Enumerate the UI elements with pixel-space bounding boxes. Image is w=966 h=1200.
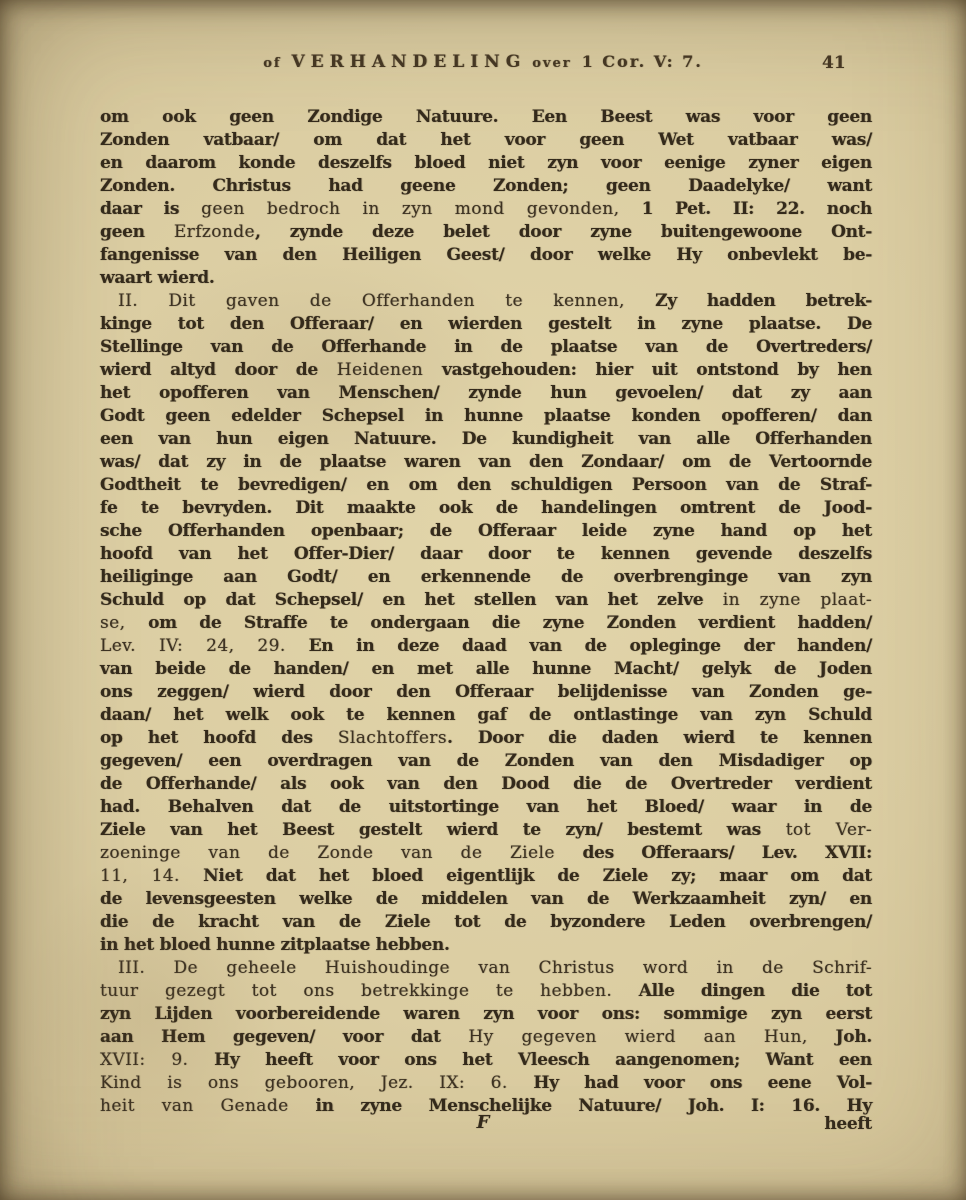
text-line: waart wierd. bbox=[100, 267, 872, 290]
scanned-page-photo: ofVERHANDELINGover1 Cor. V: 7. 41 om ook… bbox=[0, 0, 966, 1200]
text-line: zyn Lijden voorbereidende waren zyn voor… bbox=[100, 1003, 872, 1026]
blackletter-text-run: des Offeraars/ Lev. XVII: bbox=[582, 843, 872, 863]
text-line: Lev. IV: 24, 29. En in deze daad van de … bbox=[100, 635, 872, 658]
blackletter-text-run: om de Straffe te ondergaan die zyne Zond… bbox=[148, 613, 872, 633]
blackletter-text-run: van beide de handen/ en met alle hunne M… bbox=[100, 659, 872, 679]
text-line: III. De geheele Huishoudinge van Christu… bbox=[100, 957, 872, 980]
text-line: van beide de handen/ en met alle hunne M… bbox=[100, 658, 872, 681]
text-line: Schuld op dat Schepsel/ en het stellen v… bbox=[100, 589, 872, 612]
text-line: Kind is ons gebooren, Jez. IX: 6. Hy had… bbox=[100, 1072, 872, 1095]
blackletter-text-run: waart wierd. bbox=[100, 268, 214, 288]
roman-text-run: Heidenen bbox=[337, 360, 423, 380]
blackletter-text-run: sche Offerhanden openbaar; de Offeraar l… bbox=[100, 521, 872, 541]
blackletter-text-run: , zynde deze belet door zyne buitengewoo… bbox=[255, 222, 872, 242]
text-line: op het hoofd des Slachtoffers. Door die … bbox=[100, 727, 872, 750]
blackletter-text-run: Godtheit te bevredigen/ en om den schuld… bbox=[100, 475, 872, 495]
blackletter-text-run: Ziele van het Beest gestelt wierd te zyn… bbox=[100, 820, 786, 840]
blackletter-text-run: geen bbox=[100, 222, 174, 242]
roman-text-run: II. Dit gaven de Offerhanden te kennen, bbox=[118, 291, 655, 311]
text-line: het opofferen van Menschen/ zynde hun ge… bbox=[100, 382, 872, 405]
roman-text-run: zoeninge van de Zonde van de Ziele bbox=[100, 843, 582, 863]
blackletter-text-run: was/ dat zy in de plaatse waren van den … bbox=[100, 452, 872, 472]
roman-text-run: 11, 14. bbox=[100, 866, 203, 886]
text-line: II. Dit gaven de Offerhanden te kennen, … bbox=[100, 290, 872, 313]
text-line: de Offerhande/ als ook van den Dood die … bbox=[100, 773, 872, 796]
text-line: en daarom konde deszelfs bloed niet zyn … bbox=[100, 152, 872, 175]
text-line: de levensgeesten welke de middelen van d… bbox=[100, 888, 872, 911]
text-line: geen Erfzonde, zynde deze belet door zyn… bbox=[100, 221, 872, 244]
blackletter-text-run: in het bloed hunne zitplaatse hebben. bbox=[100, 935, 450, 955]
text-line: daan/ het welk ook te kennen gaf de ontl… bbox=[100, 704, 872, 727]
roman-text-run: III. De geheele Huishoudinge van Christu… bbox=[118, 958, 872, 978]
roman-text-run: tuur gezegt tot ons betrekkinge te hebbe… bbox=[100, 981, 639, 1001]
blackletter-text-run: Niet dat het bloed eigentlijk de Ziele z… bbox=[203, 866, 872, 886]
roman-text-run: geen bedroch in zyn mond gevonden, bbox=[201, 199, 641, 219]
blackletter-text-run: de Offerhande/ als ook van den Dood die … bbox=[100, 774, 872, 794]
text-line: hoofd van het Offer-Dier/ daar door te k… bbox=[100, 543, 872, 566]
blackletter-text-run: heiliginge aan Godt/ en erkennende de ov… bbox=[100, 567, 872, 587]
roman-text-run: Hy gegeven wierd aan Hun, bbox=[468, 1027, 835, 1047]
text-line: om ook geen Zondige Natuure. Een Beest w… bbox=[100, 106, 872, 129]
text-line: se, om de Straffe te ondergaan die zyne … bbox=[100, 612, 872, 635]
blackletter-text-run: die de kracht van de Ziele tot de byzond… bbox=[100, 912, 872, 932]
text-line: daar is geen bedroch in zyn mond gevonde… bbox=[100, 198, 872, 221]
text-line: Stellinge van de Offerhande in de plaats… bbox=[100, 336, 872, 359]
roman-text-run: Slachtoffers bbox=[338, 728, 447, 748]
blackletter-text-run: daar is bbox=[100, 199, 201, 219]
header-scripture-reference: 1 Cor. V: 7. bbox=[582, 52, 703, 71]
text-line: Godt geen edelder Schepsel in hunne plaa… bbox=[100, 405, 872, 428]
text-line: XVII: 9. Hy heeft voor ons het Vleesch a… bbox=[100, 1049, 872, 1072]
text-line: had. Behalven dat de uitstortinge van he… bbox=[100, 796, 872, 819]
text-line: Godtheit te bevredigen/ en om den schuld… bbox=[100, 474, 872, 497]
roman-text-run: XVII: 9. bbox=[100, 1050, 214, 1070]
blackletter-text-run: om ook geen Zondige Natuure. Een Beest w… bbox=[100, 107, 872, 127]
blackletter-text-run: gegeven/ een overdragen van de Zonden va… bbox=[100, 751, 872, 771]
blackletter-text-run: Hy had voor ons eene Vol- bbox=[533, 1073, 872, 1093]
roman-text-run: Lev. IV: 24, 29. bbox=[100, 636, 309, 656]
text-line: Zonden vatbaar/ om dat het voor geen Wet… bbox=[100, 129, 872, 152]
blackletter-text-run: Stellinge van de Offerhande in de plaats… bbox=[100, 337, 872, 357]
page-number: 41 bbox=[822, 53, 846, 73]
blackletter-text-run: ons zeggen/ wierd door den Offeraar beli… bbox=[100, 682, 872, 702]
blackletter-text-run: op het hoofd des bbox=[100, 728, 338, 748]
text-line: een van hun eigen Natuure. De kundigheit… bbox=[100, 428, 872, 451]
blackletter-text-run: de levensgeesten welke de middelen van d… bbox=[100, 889, 872, 909]
text-line: die de kracht van de Ziele tot de byzond… bbox=[100, 911, 872, 934]
blackletter-text-run: Zonden. Christus had geene Zonden; geen … bbox=[100, 176, 872, 196]
blackletter-text-run: Godt geen edelder Schepsel in hunne plaa… bbox=[100, 406, 872, 426]
blackletter-text-run: had. Behalven dat de uitstortinge van he… bbox=[100, 797, 872, 817]
text-line: aan Hem gegeven/ voor dat Hy gegeven wie… bbox=[100, 1026, 872, 1049]
blackletter-text-run: En in deze daad van de opleginge der han… bbox=[309, 636, 872, 656]
blackletter-text-run: het opofferen van Menschen/ zynde hun ge… bbox=[100, 383, 872, 403]
blackletter-text-run: fangenisse van den Heiligen Geest/ door … bbox=[100, 245, 872, 265]
text-line: sche Offerhanden openbaar; de Offeraar l… bbox=[100, 520, 872, 543]
roman-text-run: tot Ver- bbox=[786, 820, 872, 840]
text-line: Ziele van het Beest gestelt wierd te zyn… bbox=[100, 819, 872, 842]
text-line: Zonden. Christus had geene Zonden; geen … bbox=[100, 175, 872, 198]
blackletter-text-run: aan Hem gegeven/ voor dat bbox=[100, 1027, 468, 1047]
blackletter-text-run: . Door die daden wierd te kennen bbox=[447, 728, 872, 748]
blackletter-text-run: Zonden vatbaar/ om dat het voor geen Wet… bbox=[100, 130, 872, 150]
blackletter-text-run: daan/ het welk ook te kennen gaf de ontl… bbox=[100, 705, 872, 725]
text-line: 11, 14. Niet dat het bloed eigentlijk de… bbox=[100, 865, 872, 888]
header-middle: over bbox=[532, 56, 571, 71]
text-line: fangenisse van den Heiligen Geest/ door … bbox=[100, 244, 872, 267]
blackletter-text-run: fe te bevryden. Dit maakte ook de handel… bbox=[100, 498, 872, 518]
blackletter-text-run: Hy heeft voor ons het Vleesch aangenomen… bbox=[214, 1050, 872, 1070]
blackletter-text-run: Alle dingen die tot bbox=[639, 981, 872, 1001]
roman-text-run: Erfzonde bbox=[174, 222, 255, 242]
blackletter-text-run: vastgehouden: hier uit ontstond by hen bbox=[423, 360, 872, 380]
catchword: heeft bbox=[780, 1114, 872, 1134]
blackletter-text-run: Schuld op dat Schepsel/ en het stellen v… bbox=[100, 590, 723, 610]
blackletter-text-run: zyn Lijden voorbereidende waren zyn voor… bbox=[100, 1004, 872, 1024]
blackletter-text-run: 1 Pet. II: 22. noch bbox=[642, 199, 872, 219]
body-text: om ook geen Zondige Natuure. Een Beest w… bbox=[100, 106, 872, 1118]
roman-text-run: se, bbox=[100, 613, 148, 633]
text-line: heiliginge aan Godt/ en erkennende de ov… bbox=[100, 566, 872, 589]
roman-text-run: Kind is ons gebooren, Jez. IX: 6. bbox=[100, 1073, 533, 1093]
text-line: was/ dat zy in de plaatse waren van den … bbox=[100, 451, 872, 474]
text-line: in het bloed hunne zitplaatse hebben. bbox=[100, 934, 872, 957]
text-line: tuur gezegt tot ons betrekkinge te hebbe… bbox=[100, 980, 872, 1003]
text-line: kinge tot den Offeraar/ en wierden geste… bbox=[100, 313, 872, 336]
blackletter-text-run: hoofd van het Offer-Dier/ daar door te k… bbox=[100, 544, 872, 564]
blackletter-text-run: kinge tot den Offeraar/ en wierden geste… bbox=[100, 314, 872, 334]
roman-text-run: in zyne plaat- bbox=[723, 590, 872, 610]
header-title: VERHANDELING bbox=[291, 52, 526, 72]
header-prefix: of bbox=[263, 56, 281, 71]
blackletter-text-run: wierd altyd door de bbox=[100, 360, 337, 380]
blackletter-text-run: en daarom konde deszelfs bloed niet zyn … bbox=[100, 153, 872, 173]
text-line: wierd altyd door de Heidenen vastgehoude… bbox=[100, 359, 872, 382]
blackletter-text-run: een van hun eigen Natuure. De kundigheit… bbox=[100, 429, 872, 449]
text-line: ons zeggen/ wierd door den Offeraar beli… bbox=[100, 681, 872, 704]
text-line: gegeven/ een overdragen van de Zonden va… bbox=[100, 750, 872, 773]
text-line: zoeninge van de Zonde van de Ziele des O… bbox=[100, 842, 872, 865]
text-line: fe te bevryden. Dit maakte ook de handel… bbox=[100, 497, 872, 520]
blackletter-text-run: Zy hadden betrek- bbox=[655, 291, 872, 311]
blackletter-text-run: Joh. bbox=[836, 1027, 872, 1047]
